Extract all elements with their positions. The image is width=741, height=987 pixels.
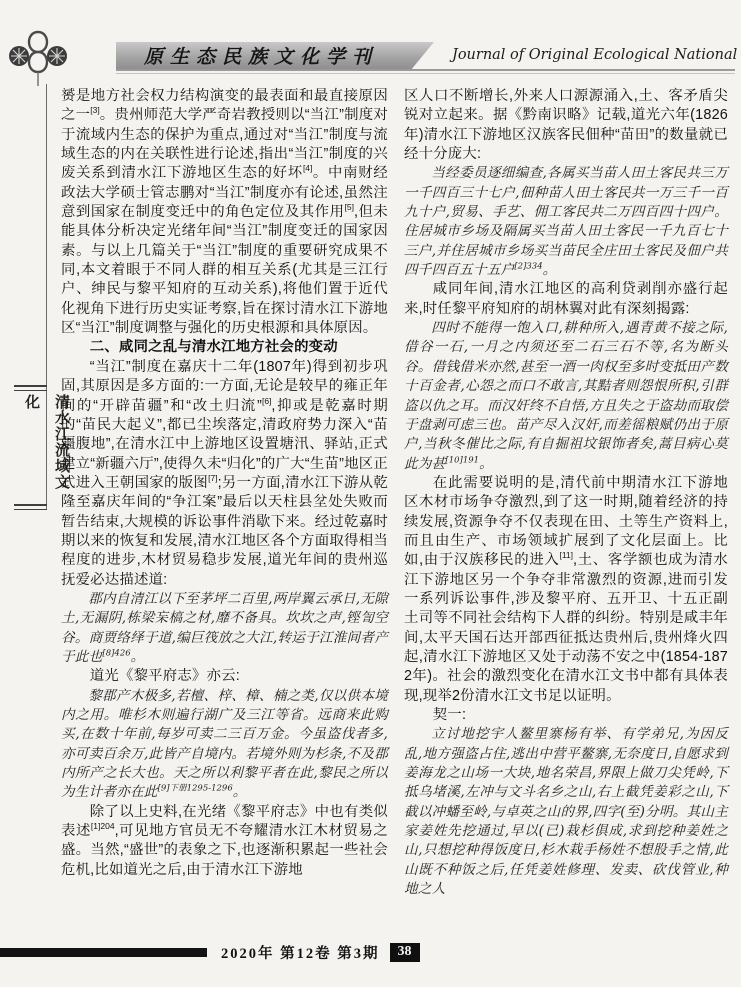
- journal-title-banner: 原生态民族文化学刊: [116, 42, 434, 69]
- footer-bar: [0, 948, 207, 957]
- footer-issue-info: 2020年 第12卷 第3期: [221, 942, 380, 963]
- citation-ref: [6]: [262, 396, 271, 406]
- citation-ref: [4]: [303, 164, 312, 174]
- citation-ref: [3]: [90, 106, 99, 116]
- paragraph: 契一:: [404, 706, 728, 725]
- paragraph: 区人口不断增长,外来人口源源涌入,土、客矛盾尖锐对立起来。据《黔南识略》记载,道…: [404, 87, 728, 164]
- journal-title-zh: 原生态民族文化学刊: [144, 42, 378, 69]
- quote-block: 四时不能得一饱入口,耕种所入,遇青黄不接之际,借谷一石,一月之内须还至二石三石不…: [404, 319, 728, 474]
- sidebar-top-rule: [14, 385, 47, 391]
- section-heading: 二、咸同之乱与清水江地方社会的变动: [61, 338, 388, 357]
- sidebar-bottom-rule: [14, 504, 47, 510]
- footer-page-number: 38: [390, 943, 420, 962]
- citation-ref: [9]下册1295-1296: [158, 784, 233, 794]
- paragraph: 咸同年间,清水江地区的高利贷剥削亦盛行起来,时任黎平府知府的胡林翼对此有深刻揭露…: [404, 280, 728, 319]
- article-column-right: 区人口不断增长,外来人口源源涌入,土、客矛盾尖锐对立起来。据《黔南识略》记载,道…: [404, 87, 728, 899]
- article-column-left: 赟是地方社会权力结构演变的最表面和最直接原因之一[3]。贵州师范大学严奇岩教授则…: [61, 87, 388, 880]
- journal-logo-knot-icon: [6, 28, 70, 88]
- paragraph: 在此需要说明的是,清代前中期清水江下游地区木材市场争夺激烈,到了这一时期,随着经…: [404, 474, 728, 706]
- citation-ref: [2]334: [514, 262, 542, 272]
- quote-block: 黎郡产木极多,若檀、梓、樟、楠之类,仅以供本境内之用。唯杉木则遍行湖广及三江等省…: [61, 687, 388, 803]
- paragraph: 除了以上史料,在光绪《黎平府志》中也有类似表述[1]204,可见地方官员无不夸耀…: [61, 803, 388, 880]
- citation-ref: [1]204: [91, 821, 115, 831]
- paragraph: 赟是地方社会权力结构演变的最表面和最直接原因之一[3]。贵州师范大学严奇岩教授则…: [61, 87, 388, 338]
- paragraph: “当江”制度在嘉庆十二年(1807年)得到初步巩固,其原因是多方面的:一方面,无…: [61, 358, 388, 590]
- citation-ref: [7]: [208, 473, 217, 483]
- journal-page: 原生态民族文化学刊 Journal of Original Ecological…: [0, 0, 741, 987]
- journal-title-en: Journal of Original Ecological National …: [452, 47, 741, 63]
- citation-ref: [5]: [345, 202, 354, 212]
- quote-block: 郡内自清江以下至茅坪二百里,两岸翼云承日,无隙土,无漏阴,栋梁杗槁之材,靡不备具…: [61, 590, 388, 667]
- citation-ref: [8]426: [102, 648, 130, 658]
- quote-block: 立讨地挖宇人鳌里寨杨有举、有学弟兄,为因反乱,地方强盗占住,逃出中营平鳌寨,无奈…: [404, 725, 728, 899]
- header-rule: [116, 69, 735, 71]
- quote-block: 当经委员逐细编查,各属买当苗人田土客民共三万一千四百三十七户,佃种苗人田土客民共…: [404, 164, 728, 280]
- citation-ref: [10]191: [445, 455, 479, 465]
- header-rule-thin: [116, 73, 735, 74]
- citation-ref: [11]: [559, 550, 573, 560]
- page-footer: 2020年 第12卷 第3期 38: [0, 941, 420, 963]
- paragraph: 道光《黎平府志》亦云:: [61, 667, 388, 686]
